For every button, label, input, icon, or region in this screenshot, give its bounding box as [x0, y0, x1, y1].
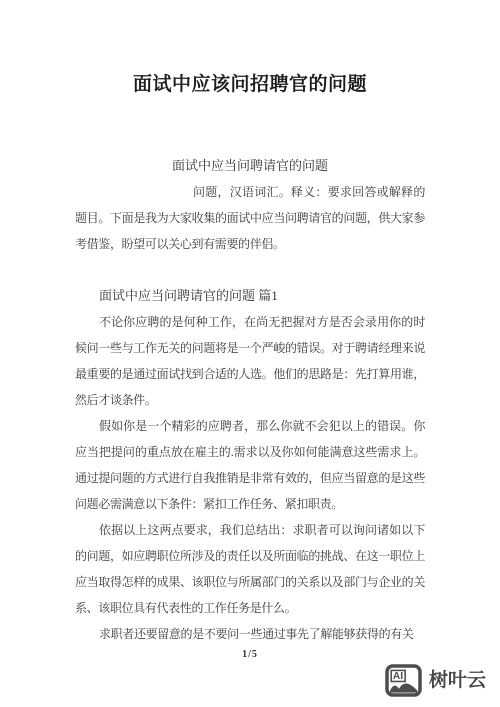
page-number: 1/5 — [75, 648, 425, 662]
brand-name: 树叶云 — [429, 664, 486, 697]
ai-image-icon: AI — [385, 664, 422, 697]
brand-watermark: AI 树叶云 — [385, 664, 486, 697]
body-paragraph: 求职者还要留意的是不要问一些通过事先了解能够获得的有关 — [75, 621, 425, 647]
ai-icon-label: AI — [393, 671, 403, 682]
body-paragraph: 依据以上这两点要求，我们总结出：求职者可以询问诸如以下的问题，如应聘职位所涉及的… — [75, 517, 425, 621]
intro-paragraph: 问题，汉语词汇。释义：要求回答或解释的题目。下面是我为大家收集的面试中应当问聘请… — [75, 179, 425, 257]
document-subtitle: 面试中应当问聘请官的问题 — [75, 153, 425, 179]
document-content: 面试中应该问招聘官的问题 面试中应当问聘请官的问题 问题，汉语词汇。释义：要求回… — [0, 0, 500, 662]
document-page: 面试中应该问招聘官的问题 面试中应当问聘请官的问题 问题，汉语词汇。释义：要求回… — [0, 0, 500, 707]
body-paragraph: 不论你应聘的是何种工作，在尚无把握对方是否会录用你的时候问一些与工作无关的问题将… — [75, 309, 425, 413]
section-heading: 面试中应当问聘请官的问题 篇1 — [75, 283, 425, 309]
document-title: 面试中应该问招聘官的问题 — [75, 0, 425, 100]
body-paragraph: 假如你是一个精彩的应聘者，那么你就不会犯以上的错误。你应当把提问的重点放在雇主的… — [75, 413, 425, 517]
